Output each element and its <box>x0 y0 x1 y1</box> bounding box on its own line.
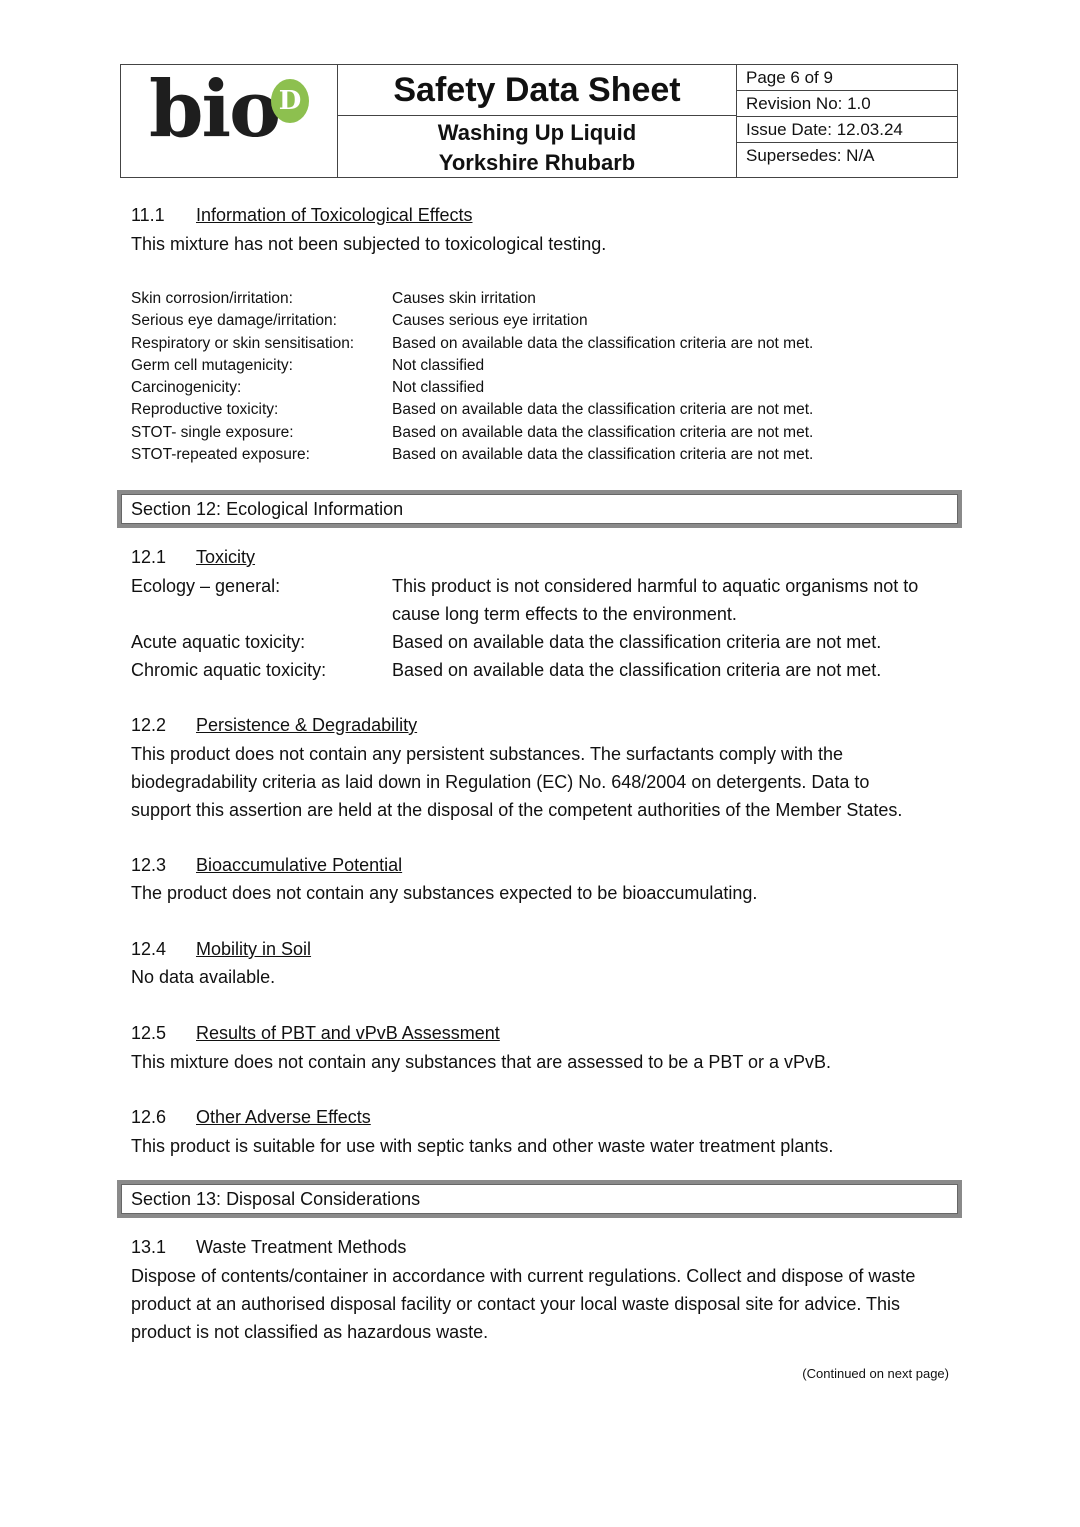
subsection-title: Persistence & Degradability <box>196 715 417 736</box>
subsection-number: 12.3 <box>131 855 166 876</box>
revision-number: Revision No: 1.0 <box>737 91 957 117</box>
subsection-title: Toxicity <box>196 547 255 568</box>
paragraph: The product does not contain any substan… <box>131 879 757 907</box>
paragraph: This mixture has not been subjected to t… <box>131 230 606 258</box>
row-label: Reproductive toxicity: <box>131 399 392 421</box>
subsection-number: 11.1 <box>131 205 165 226</box>
subsection-number: 12.4 <box>131 939 166 960</box>
subsection-title: Waste Treatment Methods <box>196 1237 406 1258</box>
row-value: Based on available data the classificati… <box>392 422 813 444</box>
row-label: Respiratory or skin sensitisation: <box>131 333 392 355</box>
toxicity-table: Ecology – general:This product is not co… <box>131 572 951 684</box>
subsection-title: Results of PBT and vPvB Assessment <box>196 1023 500 1044</box>
subsection-number: 12.5 <box>131 1023 166 1044</box>
table-row: STOT- single exposure:Based on available… <box>131 422 891 444</box>
table-row: Germ cell mutagenicity:Not classified <box>131 355 891 377</box>
row-value: Based on available data the classificati… <box>392 399 813 421</box>
subsection-number: 13.1 <box>131 1237 166 1258</box>
page-number: Page 6 of 9 <box>737 65 957 91</box>
section-12-header: Section 12: Ecological Information <box>117 490 962 528</box>
subsection-title: Mobility in Soil <box>196 939 311 960</box>
paragraph: No data available. <box>131 963 275 991</box>
logo: bio D <box>121 65 338 177</box>
subsection-title: Other Adverse Effects <box>196 1107 371 1128</box>
row-label: STOT-repeated exposure: <box>131 444 392 466</box>
tox-table: Skin corrosion/irritation:Causes skin ir… <box>131 288 891 466</box>
row-value: Based on available data the classificati… <box>392 333 813 355</box>
subsection-number: 12.6 <box>131 1107 166 1128</box>
row-label: Serious eye damage/irritation: <box>131 310 392 332</box>
issue-date: Issue Date: 12.03.24 <box>737 117 957 143</box>
table-row: STOT-repeated exposure:Based on availabl… <box>131 444 891 466</box>
row-label: Germ cell mutagenicity: <box>131 355 392 377</box>
paragraph: This product does not contain any persis… <box>131 740 902 824</box>
document-header: bio D Safety Data Sheet Washing Up Liqui… <box>120 64 958 178</box>
row-label: STOT- single exposure: <box>131 422 392 444</box>
product-name: Washing Up Liquid Yorkshire Rhubarb <box>338 116 736 178</box>
row-value: Not classified <box>392 377 484 399</box>
table-row: Skin corrosion/irritation:Causes skin ir… <box>131 288 891 310</box>
row-value: Based on available data the classificati… <box>392 444 813 466</box>
row-label: Carcinogenicity: <box>131 377 392 399</box>
table-row: Serious eye damage/irritation:Causes ser… <box>131 310 891 332</box>
subsection-number: 12.2 <box>131 715 166 736</box>
paragraph: This product is suitable for use with se… <box>131 1132 833 1160</box>
row-label: Skin corrosion/irritation: <box>131 288 392 310</box>
table-row: Respiratory or skin sensitisation:Based … <box>131 333 891 355</box>
logo-text: bio <box>149 71 279 149</box>
supersedes: Supersedes: N/A <box>737 143 957 177</box>
row-value: Not classified <box>392 355 484 377</box>
subsection-title: Bioaccumulative Potential <box>196 855 402 876</box>
table-row: Carcinogenicity:Not classified <box>131 377 891 399</box>
subsection-number: 12.1 <box>131 547 166 568</box>
subsection-title: Information of Toxicological Effects <box>196 205 472 226</box>
continued-note: (Continued on next page) <box>802 1366 949 1381</box>
paragraph: Dispose of contents/container in accorda… <box>131 1262 915 1346</box>
document-title: Safety Data Sheet <box>338 65 736 116</box>
row-value: Causes skin irritation <box>392 288 536 310</box>
logo-badge-icon: D <box>271 79 309 123</box>
section-13-header: Section 13: Disposal Considerations <box>117 1180 962 1218</box>
paragraph: This mixture does not contain any substa… <box>131 1048 831 1076</box>
row-value: Causes serious eye irritation <box>392 310 588 332</box>
table-row: Reproductive toxicity:Based on available… <box>131 399 891 421</box>
